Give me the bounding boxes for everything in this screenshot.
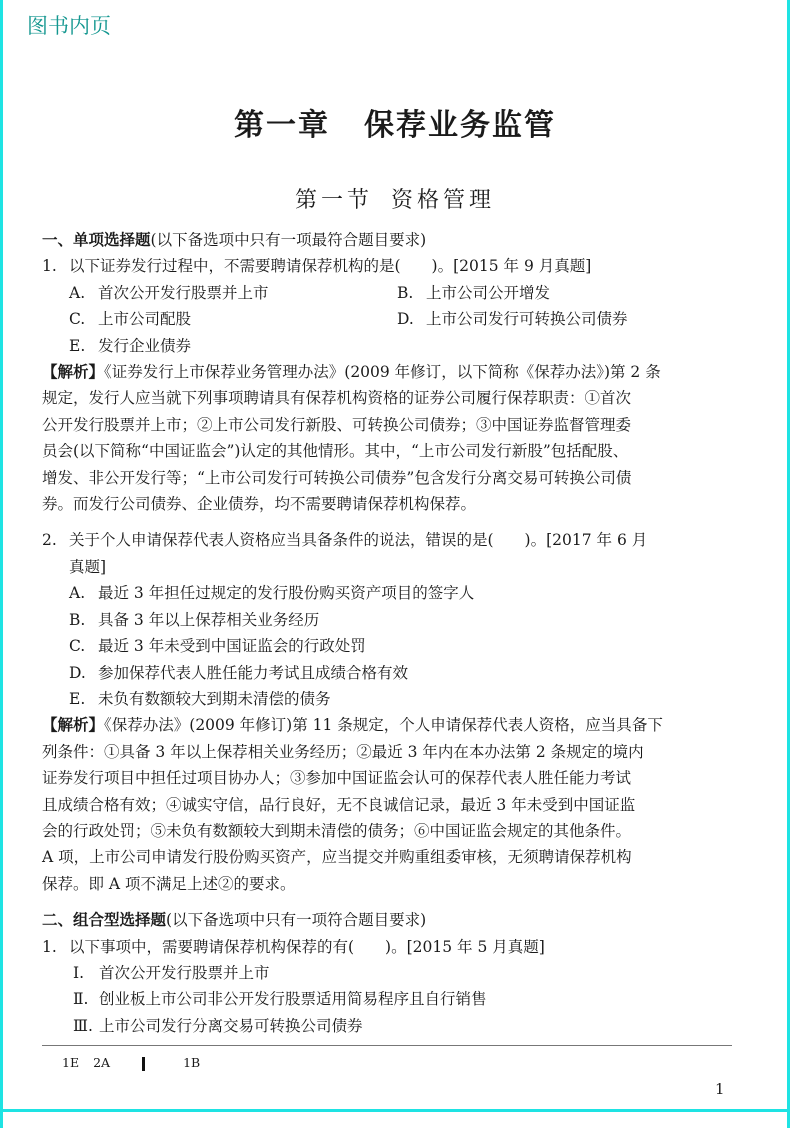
analysis-line: 会的行政处罚；⑤未负有数额较大到期未清偿的债务；⑥中国证监会规定的其他条件。 bbox=[42, 818, 742, 844]
option-letter: D. bbox=[69, 660, 98, 686]
question-stem: 以下证券发行过程中，不需要聘请保荐机构的是( )。[2015 年 9 月真题] bbox=[69, 257, 591, 275]
frame-left-border bbox=[0, 0, 3, 1128]
analysis-q1: 【解析】《证券发行上市保荐业务管理办法》(2009 年修订，以下简称《保荐办法》… bbox=[42, 359, 742, 517]
frame-bottom-border bbox=[0, 1109, 790, 1112]
analysis-line: 且成绩合格有效；④诚实守信，品行良好，无不良诚信记录，最近 3 年未受到中国证监 bbox=[42, 792, 742, 818]
analysis-tag: 【解析】 bbox=[42, 363, 104, 381]
part2-heading-note: (以下备选项中只有一项符合题目要求) bbox=[166, 911, 426, 929]
option-b: B.具备 3 年以上保荐相关业务经历 bbox=[42, 607, 742, 633]
option-letter: E. bbox=[69, 333, 98, 359]
analysis-q2: 【解析】《保荐办法》(2009 年修订)第 11 条规定，个人申请保荐代表人资格… bbox=[42, 712, 742, 897]
answer: 1B bbox=[183, 1055, 200, 1070]
answer: 2A bbox=[93, 1055, 110, 1070]
item-text: 首次公开发行股票并上市 bbox=[99, 964, 270, 982]
question-stem-continued: 真题] bbox=[42, 554, 742, 580]
option-e: E.发行企业债券 bbox=[69, 333, 191, 359]
item-i: Ⅰ.首次公开发行股票并上市 bbox=[42, 960, 742, 986]
item-numeral: Ⅰ. bbox=[73, 960, 99, 986]
question-2: 2.关于个人申请保荐代表人资格应当具备条件的说法，错误的是( )。[2017 年… bbox=[42, 527, 742, 553]
analysis-line: 证券发行项目中担任过项目协办人；③参加中国证监会认可的保荐代表人胜任能力考试 bbox=[42, 765, 742, 791]
question-stem: 以下事项中，需要聘请保荐机构保荐的有( )。[2015 年 5 月真题] bbox=[69, 938, 545, 956]
option-text: 上市公司发行可转换公司债券 bbox=[426, 310, 628, 328]
option-letter: C. bbox=[69, 306, 98, 332]
option-row: C.上市公司配股 D.上市公司发行可转换公司债券 bbox=[42, 306, 742, 332]
option-letter: A. bbox=[69, 580, 98, 606]
analysis-tag: 【解析】 bbox=[42, 716, 104, 734]
option-letter: C. bbox=[69, 633, 98, 659]
analysis-line: A 项，上市公司申请发行股份购买资产，应当提交并购重组委审核，无须聘请保荐机构 bbox=[42, 844, 742, 870]
question-number: 1. bbox=[42, 934, 69, 960]
question-number: 2. bbox=[42, 527, 69, 553]
analysis-line: 规定，发行人应当就下列事项聘请具有保荐机构资格的证券公司履行保荐职责：①首次 bbox=[42, 385, 742, 411]
item-ii: Ⅱ.创业板上市公司非公开发行股票适用简易程序且自行销售 bbox=[42, 986, 742, 1012]
chapter-title: 第一章保荐业务监管 bbox=[0, 100, 790, 144]
option-letter: B. bbox=[397, 280, 426, 306]
part2-heading-text: 二、组合型选择题 bbox=[42, 911, 166, 929]
option-text: 最近 3 年担任过规定的发行股份购买资产项目的签字人 bbox=[98, 580, 474, 606]
question-stem: 关于个人申请保荐代表人资格应当具备条件的说法，错误的是( )。[2017 年 6… bbox=[69, 531, 647, 549]
option-text: 具备 3 年以上保荐相关业务经历 bbox=[98, 607, 319, 633]
option-letter: D. bbox=[397, 306, 426, 332]
option-text: 上市公司配股 bbox=[98, 310, 191, 328]
answer: 1E bbox=[62, 1055, 79, 1070]
option-d: D.上市公司发行可转换公司债券 bbox=[397, 306, 628, 332]
part1-heading-note: (以下备选项中只有一项最符合题目要求) bbox=[151, 231, 427, 249]
option-d: D.参加保荐代表人胜任能力考试且成绩合格有效 bbox=[42, 660, 742, 686]
option-a: A.首次公开发行股票并上市 bbox=[69, 280, 397, 306]
item-numeral: Ⅲ. bbox=[73, 1013, 99, 1039]
analysis-line: 员会(以下简称“中国证监会”)认定的其他情形。其中，“上市公司发行新股”包括配股… bbox=[42, 438, 742, 464]
option-a: A.最近 3 年担任过规定的发行股份购买资产项目的签字人 bbox=[42, 580, 742, 606]
option-e: E.未负有数额较大到期未清偿的债务 bbox=[42, 686, 742, 712]
answer-key: 1E2A1B bbox=[62, 1055, 200, 1071]
page-label: 图书内页 bbox=[27, 10, 111, 40]
section-title: 第一节资格管理 bbox=[0, 183, 790, 214]
page-body: 一、单项选择题(以下备选项中只有一项最符合题目要求) 1.以下证券发行过程中，不… bbox=[42, 227, 742, 1039]
question-number: 1. bbox=[42, 253, 69, 279]
part2-question-1: 1.以下事项中，需要聘请保荐机构保荐的有( )。[2015 年 5 月真题] bbox=[42, 934, 742, 960]
option-text: 上市公司公开增发 bbox=[426, 284, 550, 302]
chapter-number: 第一章 bbox=[234, 108, 330, 143]
section-name: 资格管理 bbox=[391, 188, 495, 213]
question-1: 1.以下证券发行过程中，不需要聘请保荐机构的是( )。[2015 年 9 月真题… bbox=[42, 253, 742, 279]
option-text: 未负有数额较大到期未清偿的债务 bbox=[98, 686, 331, 712]
analysis-line: 保荐。即 A 项不满足上述②的要求。 bbox=[42, 871, 742, 897]
option-letter: A. bbox=[69, 280, 98, 306]
analysis-line: 《保荐办法》(2009 年修订)第 11 条规定，个人申请保荐代表人资格，应当具… bbox=[104, 716, 663, 734]
option-c: C.最近 3 年未受到中国证监会的行政处罚 bbox=[42, 633, 742, 659]
item-text: 上市公司发行分离交易可转换公司债券 bbox=[99, 1017, 363, 1035]
option-text: 首次公开发行股票并上市 bbox=[98, 284, 269, 302]
analysis-line: 增发、非公开发行等；“上市公司发行可转换公司债券”包含发行分离交易可转换公司债 bbox=[42, 465, 742, 491]
analysis-line: 《证券发行上市保荐业务管理办法》(2009 年修订，以下简称《保荐办法》)第 2… bbox=[104, 363, 661, 381]
analysis-line: 列条件：①具备 3 年以上保荐相关业务经历；②最近 3 年内在本办法第 2 条规… bbox=[42, 739, 742, 765]
section-number: 第一节 bbox=[295, 188, 373, 213]
item-numeral: Ⅱ. bbox=[73, 986, 99, 1012]
page-number: 1 bbox=[715, 1080, 725, 1098]
answer-separator bbox=[142, 1057, 145, 1071]
item-iii: Ⅲ.上市公司发行分离交易可转换公司债券 bbox=[42, 1013, 742, 1039]
item-text: 创业板上市公司非公开发行股票适用简易程序且自行销售 bbox=[99, 990, 487, 1008]
analysis-line: 公开发行股票并上市；②上市公司发行新股、可转换公司债券；③中国证券监督管理委 bbox=[42, 412, 742, 438]
option-c: C.上市公司配股 bbox=[69, 306, 397, 332]
part1-heading: 一、单项选择题(以下备选项中只有一项最符合题目要求) bbox=[42, 227, 742, 253]
option-text: 最近 3 年未受到中国证监会的行政处罚 bbox=[98, 633, 366, 659]
option-letter: B. bbox=[69, 607, 98, 633]
option-row: A.首次公开发行股票并上市 B.上市公司公开增发 bbox=[42, 280, 742, 306]
footer-divider bbox=[42, 1045, 732, 1046]
chapter-name: 保荐业务监管 bbox=[364, 108, 556, 143]
analysis-line: 券。而发行公司债券、企业债券，均不需要聘请保荐机构保荐。 bbox=[42, 491, 742, 517]
option-letter: E. bbox=[69, 686, 98, 712]
part2-heading: 二、组合型选择题(以下备选项中只有一项符合题目要求) bbox=[42, 907, 742, 933]
option-text: 发行企业债券 bbox=[98, 337, 191, 355]
option-text: 参加保荐代表人胜任能力考试且成绩合格有效 bbox=[98, 660, 408, 686]
option-row: E.发行企业债券 bbox=[42, 333, 742, 359]
part1-heading-text: 一、单项选择题 bbox=[42, 231, 151, 249]
option-b: B.上市公司公开增发 bbox=[397, 280, 550, 306]
